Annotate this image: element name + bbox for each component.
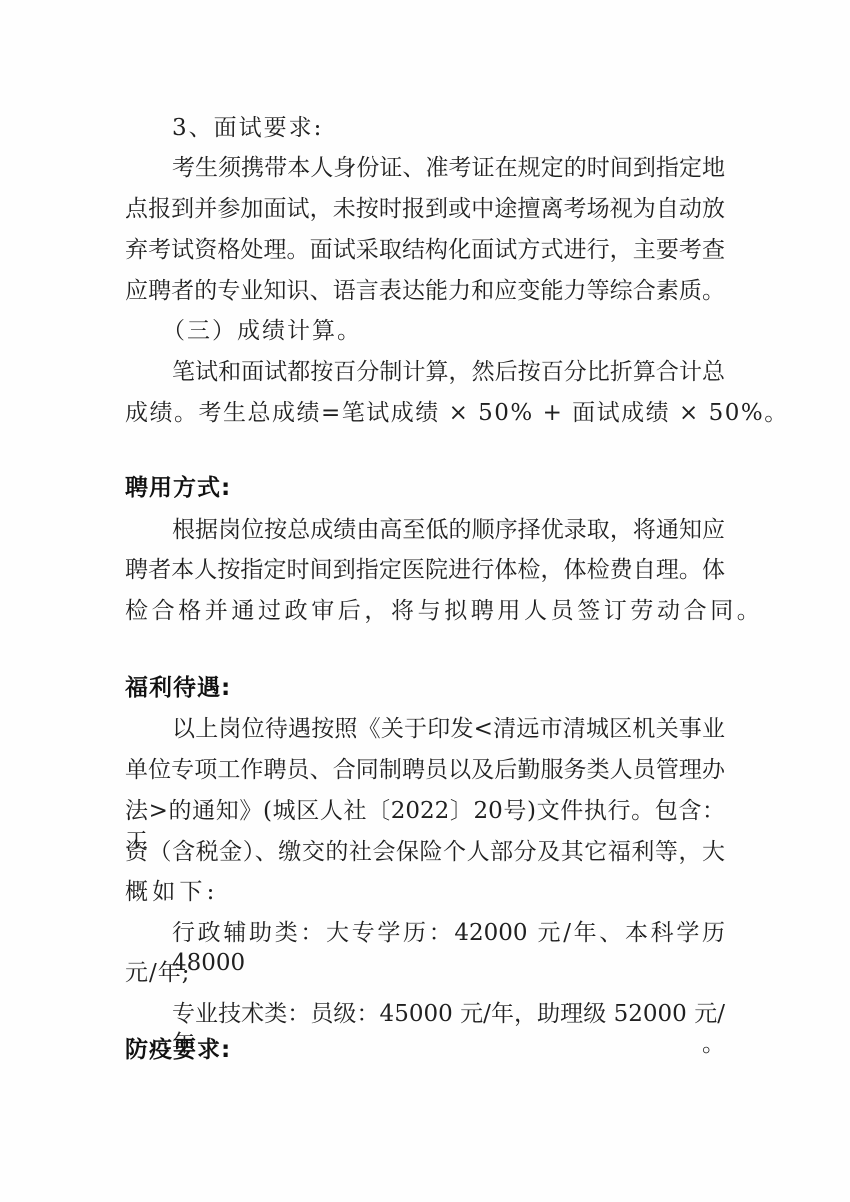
paragraph-line: 检合格并通过政审后，将与拟聘用人员签订劳动合同。	[125, 596, 725, 626]
paragraph-line: 单位专项工作聘员、合同制聘员以及后勤服务类人员管理办	[125, 755, 725, 785]
section-heading-hiring: 聘用方式:	[125, 473, 231, 503]
document-page: 3、面试要求: 考生须携带本人身份证、准考证在规定的时间到指定地 点报到并参加面…	[0, 0, 850, 1202]
paragraph-line: 弃考试资格处理。面试采取结构化面试方式进行，主要考查	[125, 235, 725, 265]
section-heading-benefits: 福利待遇:	[125, 673, 231, 703]
paragraph-line: 元/年;	[125, 958, 725, 988]
paragraph-line: 聘者本人按指定时间到指定医院进行体检，体检费自理。体	[125, 555, 725, 585]
subsection-title-interview: 3、面试要求:	[172, 113, 725, 143]
paragraph-line: 概如下:	[125, 877, 725, 907]
paragraph-line: 资（含税金）、缴交的社会保险个人部分及其它福利等，大	[125, 837, 725, 867]
paragraph-line: 成绩。考生总成绩=笔试成绩 × 50% + 面试成绩 × 50%。	[125, 398, 725, 428]
paragraph-line: 法>的通知》(城区人社〔2022〕20号)文件执行。包含：工	[125, 796, 725, 826]
paragraph-line: 根据岗位按总成绩由高至低的顺序择优录取，将通知应	[172, 515, 725, 545]
salary-line-technical: 专业技术类：员级：45000 元/年，助理级 52000 元/年。	[172, 999, 725, 1029]
paragraph-line: 考生须携带本人身份证、准考证在规定的时间到指定地	[172, 153, 725, 183]
paragraph-line: 笔试和面试都按百分制计算，然后按百分比折算合计总	[172, 357, 725, 387]
salary-line-admin: 行政辅助类：大专学历：42000 元/年、本科学历 48000	[172, 918, 725, 948]
subsection-title-score: （三）成绩计算。	[162, 316, 715, 346]
section-heading-epidemic: 防疫要求:	[125, 1035, 231, 1065]
paragraph-line: 以上岗位待遇按照《关于印发<清远市清城区机关事业	[172, 714, 725, 744]
paragraph-line: 应聘者的专业知识、语言表达能力和应变能力等综合素质。	[125, 276, 725, 306]
paragraph-line: 点报到并参加面试，未按时报到或中途擅离考场视为自动放	[125, 194, 725, 224]
